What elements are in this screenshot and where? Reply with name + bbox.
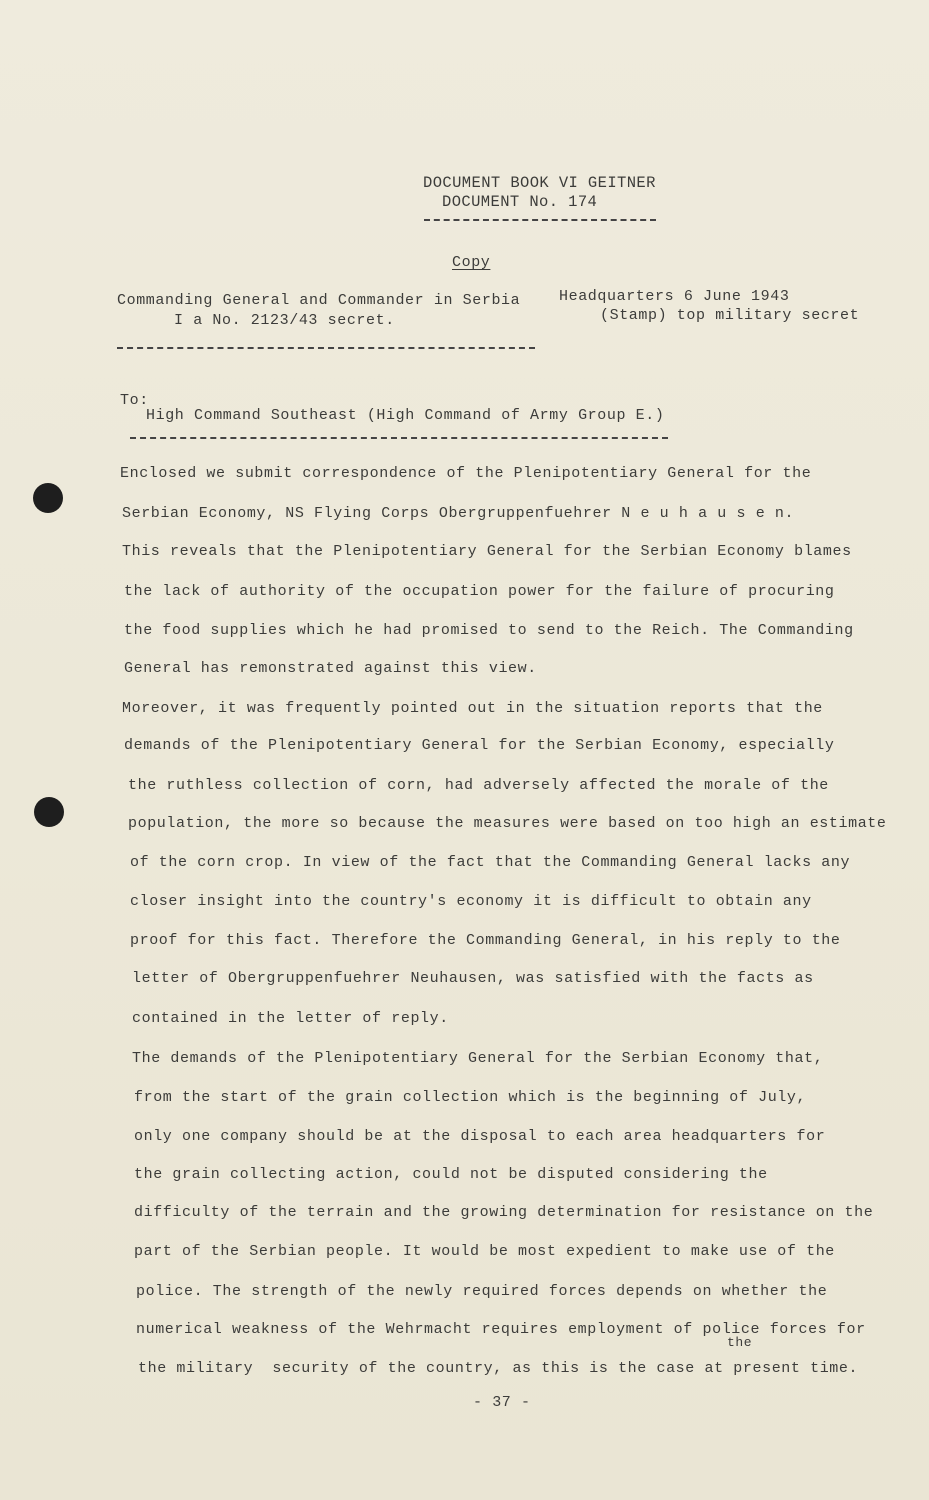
body-line: General has remonstrated against this vi… (124, 660, 537, 677)
body-line: population, the more so because the meas… (128, 815, 887, 832)
body-line: of the corn crop. In view of the fact th… (130, 854, 850, 871)
copy-label: Copy (452, 254, 490, 271)
recipient-divider (130, 437, 668, 439)
body-line: Moreover, it was frequently pointed out … (122, 700, 823, 717)
body-line: difficulty of the terrain and the growin… (134, 1204, 873, 1221)
headquarters-date: Headquarters 6 June 1943 (559, 288, 789, 305)
body-line: demands of the Plenipotentiary General f… (124, 737, 835, 754)
body-line: police. The strength of the newly requir… (136, 1283, 827, 1300)
sender-divider (117, 347, 535, 349)
recipient-label: To: (120, 392, 149, 409)
body-line: the military security of the country, as… (138, 1360, 858, 1377)
body-line: Serbian Economy, NS Flying Corps Obergru… (122, 505, 794, 522)
body-line: the food supplies which he had promised … (124, 622, 854, 639)
classification-stamp: (Stamp) top military secret (600, 307, 859, 324)
sender-line-1: Commanding General and Commander in Serb… (117, 292, 520, 309)
recipient-name: High Command Southeast (High Command of … (146, 407, 664, 424)
body-line: Enclosed we submit correspondence of the… (120, 465, 811, 482)
body-line: part of the Serbian people. It would be … (134, 1243, 835, 1260)
document-number: DOCUMENT No. 174 (442, 193, 597, 211)
body-line: the grain collecting action, could not b… (134, 1166, 768, 1183)
punch-hole-top (33, 483, 63, 513)
body-line: proof for this fact. Therefore the Comma… (130, 932, 841, 949)
document-book-title: DOCUMENT BOOK VI GEITNER (423, 174, 656, 192)
body-line: only one company should be at the dispos… (134, 1128, 825, 1145)
body-line: This reveals that the Plenipotentiary Ge… (122, 543, 852, 560)
sender-reference: I a No. 2123/43 secret. (174, 312, 395, 329)
body-line: the ruthless collection of corn, had adv… (128, 777, 829, 794)
interlinear-insertion: the (727, 1335, 752, 1350)
header-divider (424, 219, 656, 221)
body-line: The demands of the Plenipotentiary Gener… (132, 1050, 823, 1067)
body-line: contained in the letter of reply. (132, 1010, 449, 1027)
document-page: DOCUMENT BOOK VI GEITNER DOCUMENT No. 17… (0, 0, 929, 1500)
body-line: numerical weakness of the Wehrmacht requ… (136, 1321, 866, 1338)
body-line: closer insight into the country's econom… (130, 893, 812, 910)
page-number: - 37 - (473, 1394, 531, 1411)
body-line: letter of Obergruppenfuehrer Neuhausen, … (132, 970, 814, 987)
punch-hole-bottom (34, 797, 64, 827)
body-line: from the start of the grain collection w… (134, 1089, 806, 1106)
body-line: the lack of authority of the occupation … (124, 583, 835, 600)
